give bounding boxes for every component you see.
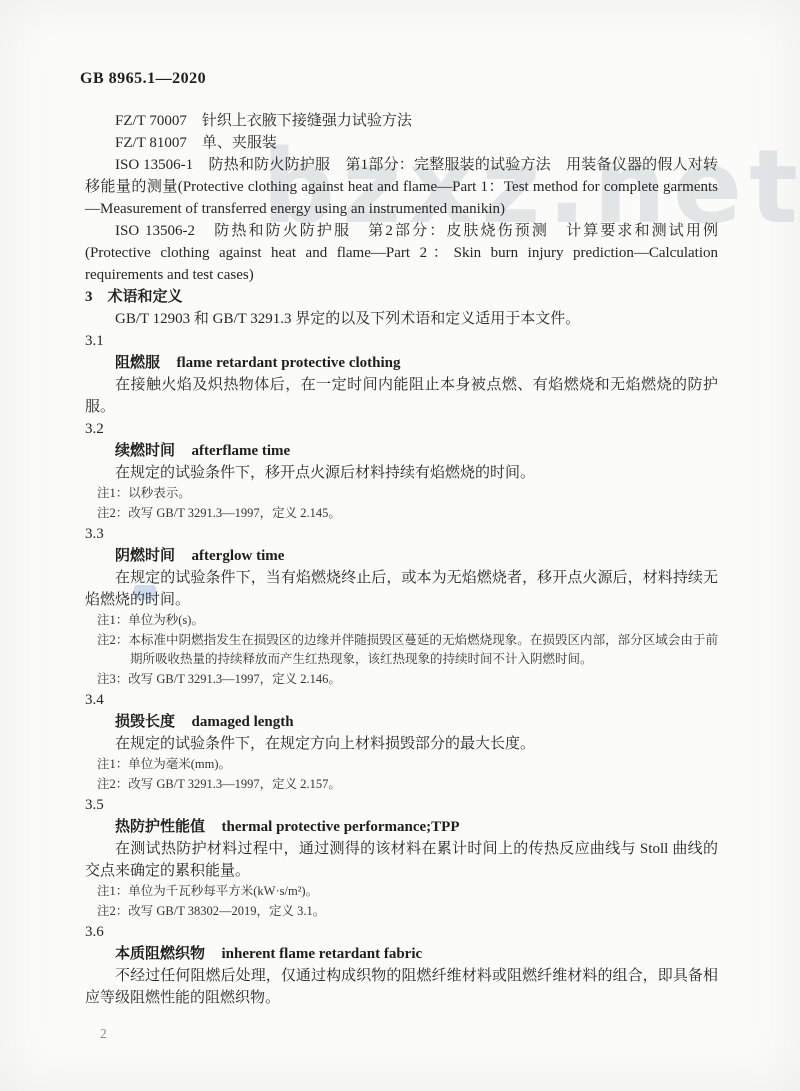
term-block: 3.3 阴燃时间afterglow time 在规定的试验条件下，当有焰燃烧终止… (85, 523, 718, 689)
normative-reference: ISO 13506-2 防热和防火防护服 第2部分：皮肤烧伤预测 计算要求和测试… (85, 220, 718, 286)
term-block: 3.4 损毁长度damaged length 在规定的试验条件下，在规定方向上材… (85, 689, 718, 794)
term-title: 本质阻燃织物inherent flame retardant fabric (85, 943, 718, 965)
term-zh-label: 本质阻燃织物 (115, 946, 205, 962)
term-block: 3.2 续燃时间afterflame time 在规定的试验条件下，移开点火源后… (85, 418, 718, 523)
page-number: 2 (100, 1026, 107, 1042)
term-definition: 在测试热防护材料过程中，通过测得的该材料在累计时间上的传热反应曲线与 Stoll… (85, 838, 718, 882)
term-note: 注2：改写 GB/T 3291.3—1997，定义 2.145。 (97, 504, 718, 524)
term-zh-label: 续燃时间 (115, 443, 175, 459)
normative-reference: FZ/T 81007 单、夹服装 (85, 132, 718, 154)
normative-reference: ISO 13506-1 防热和防火防护服 第1部分：完整服装的试验方法 用装备仪… (85, 154, 718, 220)
term-definition: 在接触火焰及炽热物体后，在一定时间内能阻止本身被点燃、有焰燃烧和无焰燃烧的防护服… (85, 374, 718, 418)
term-note: 注1：以秒表示。 (97, 484, 718, 504)
section-title: 术语和定义 (108, 289, 183, 305)
term-en-label: damaged length (192, 714, 294, 730)
term-en-label: afterglow time (192, 548, 285, 564)
term-en-label: flame retardant protective clothing (177, 355, 401, 371)
term-note: 注1：单位为千瓦秒每平方米(kW·s/m²)。 (97, 882, 718, 902)
term-title: 阴燃时间afterglow time (85, 545, 718, 567)
term-zh-label: 热防护性能值 (115, 819, 205, 835)
term-number: 3.1 (85, 330, 718, 352)
term-note: 注1：单位为毫米(mm)。 (97, 755, 718, 775)
term-block: 3.5 热防护性能值thermal protective performance… (85, 794, 718, 921)
term-number: 3.4 (85, 689, 718, 711)
term-zh-label: 阻燃服 (115, 355, 160, 371)
term-zh-label: 损毁长度 (115, 714, 175, 730)
term-definition: 在规定的试验条件下，在规定方向上材料损毁部分的最大长度。 (85, 733, 718, 755)
section-number: 3 (85, 289, 93, 305)
term-en-label: afterflame time (192, 443, 291, 459)
term-number: 3.6 (85, 921, 718, 943)
term-en-label: inherent flame retardant fabric (222, 946, 423, 962)
section-heading: 3术语和定义 (85, 286, 718, 308)
term-en-label: thermal protective performance;TPP (222, 819, 460, 835)
term-definition: 不经过任何阻燃后处理，仅通过构成织物的阻燃纤维材料或阻燃纤维材料的组合，即具备相… (85, 965, 718, 1009)
term-note: 注2：改写 GB/T 38302—2019，定义 3.1。 (97, 902, 718, 922)
term-note: 注2：本标准中阴燃指发生在损毁区的边缘并伴随损毁区蔓延的无焰燃烧现象。在损毁区内… (97, 631, 718, 670)
term-number: 3.5 (85, 794, 718, 816)
term-block: 3.6 本质阻燃织物inherent flame retardant fabri… (85, 921, 718, 1009)
term-definition: 在规定的试验条件下，当有焰燃烧终止后，或本为无焰燃烧者，移开点火源后，材料持续无… (85, 567, 718, 611)
term-definition: 在规定的试验条件下，移开点火源后材料持续有焰燃烧的时间。 (85, 462, 718, 484)
term-number: 3.3 (85, 523, 718, 545)
term-note: 注1：单位为秒(s)。 (97, 611, 718, 631)
term-block: 3.1 阻燃服flame retardant protective clothi… (85, 330, 718, 418)
term-number: 3.2 (85, 418, 718, 440)
term-note: 注3：改写 GB/T 3291.3—1997，定义 2.146。 (97, 670, 718, 690)
page-content: FZ/T 70007 针织上衣腋下接缝强力试验方法 FZ/T 81007 单、夹… (85, 110, 718, 1009)
term-zh-label: 阴燃时间 (115, 548, 175, 564)
term-title: 续燃时间afterflame time (85, 440, 718, 462)
terms-intro-paragraph: GB/T 12903 和 GB/T 3291.3 界定的以及下列术语和定义适用于… (85, 308, 718, 330)
term-title: 热防护性能值thermal protective performance;TPP (85, 816, 718, 838)
term-title: 损毁长度damaged length (85, 711, 718, 733)
document-page: GB 8965.1—2020 bzxz.net FZ/T 70007 针织上衣腋… (0, 0, 800, 1091)
standard-number-header: GB 8965.1—2020 (80, 70, 206, 88)
term-note: 注2：改写 GB/T 3291.3—1997，定义 2.157。 (97, 775, 718, 795)
terms-list: 3.1 阻燃服flame retardant protective clothi… (85, 330, 718, 1009)
term-title: 阻燃服flame retardant protective clothing (85, 352, 718, 374)
normative-reference: FZ/T 70007 针织上衣腋下接缝强力试验方法 (85, 110, 718, 132)
